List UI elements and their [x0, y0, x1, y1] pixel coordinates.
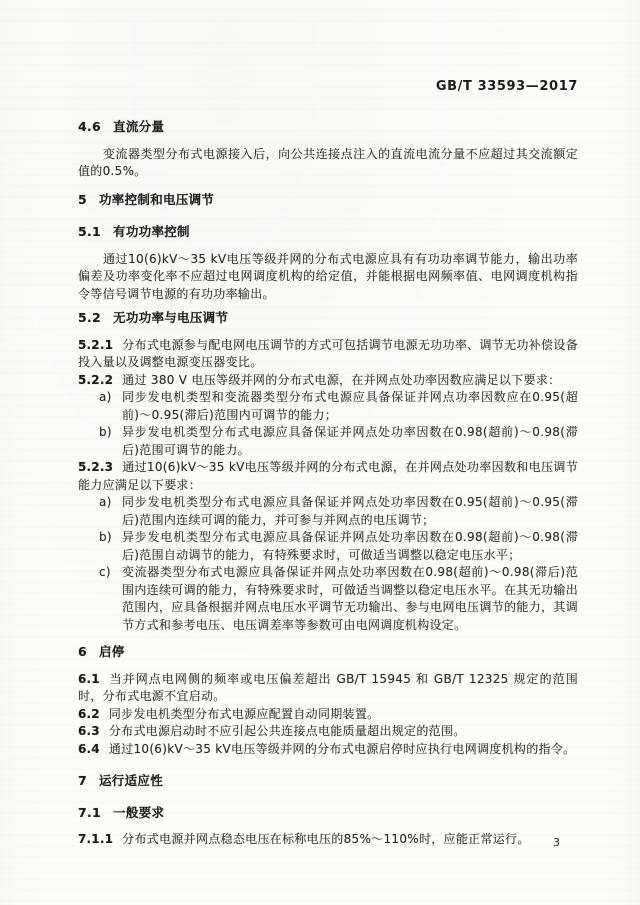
- paragraph-5-1: 通过10(6)kV～35 kV电压等级并网的分布式电源应具有有功功率调节能力，输…: [78, 251, 578, 304]
- document-page: GB/T 33593—2017 4.6直流分量 变流器类型分布式电源接入后，向公…: [0, 0, 640, 905]
- heading-number: 5: [78, 192, 87, 207]
- heading-title: 一般要求: [113, 805, 164, 820]
- list-item-5-2-2-a: a)同步发电机类型和变流器类型分布式电源应具备保证并网点功率因数应在0.95(超…: [78, 389, 578, 424]
- clause-text: 当并网点电网侧的频率或电压偏差超出 GB/T 15945 和 GB/T 1232…: [78, 672, 578, 704]
- list-item-5-2-2-b: b)异步发电机类型分布式电源应具备保证并网点处功率因数在0.98(超前)～0.9…: [78, 424, 578, 459]
- heading-title: 运行适应性: [99, 773, 163, 788]
- standard-code-header: GB/T 33593—2017: [0, 79, 578, 94]
- clause-number: 5.2.1: [78, 338, 113, 352]
- list-item-label: a): [99, 494, 112, 512]
- section-heading-4-6: 4.6直流分量: [78, 118, 578, 136]
- heading-number: 6: [78, 644, 87, 659]
- heading-title: 功率控制和电压调节: [99, 192, 214, 207]
- list-item-5-2-3-a: a)同步发电机类型分布式电源应具备保证并网点处功率因数在0.95(超前)～0.9…: [78, 494, 578, 529]
- clause-7-1-1: 7.1.1分布式电源并网点稳态电压在标称电压的85%～110%时，应能正常运行。: [78, 831, 578, 849]
- chapter-heading-5: 5功率控制和电压调节: [78, 191, 578, 209]
- clause-6-2: 6.2同步发电机类型分布式电源应配置自动同期装置。: [78, 706, 578, 724]
- list-item-label: b): [99, 529, 112, 547]
- document-content: 4.6直流分量 变流器类型分布式电源接入后，向公共连接点注入的直流电流分量不应超…: [78, 110, 578, 849]
- clause-5-2-1: 5.2.1分布式电源参与配电网电压调节的方式可包括调节电源无功功率、调节无功补偿…: [78, 337, 578, 372]
- clause-5-2-3: 5.2.3通过10(6)kV～35 kV电压等级并网的分布式电源，在并网点处功率…: [78, 459, 578, 494]
- heading-title: 有功功率控制: [113, 224, 190, 239]
- clause-text: 同步发电机类型分布式电源应配置自动同期装置。: [109, 707, 380, 721]
- section-heading-7-1: 7.1一般要求: [78, 804, 578, 822]
- clause-number: 6.1: [78, 672, 100, 686]
- clause-number: 7.1.1: [78, 832, 113, 846]
- list-item-label: b): [99, 424, 112, 442]
- list-item-5-2-3-c: c)变流器类型分布式电源应具备保证并网点处功率因数在0.98(超前)～0.98(…: [78, 564, 578, 634]
- clause-number: 5.2.2: [78, 373, 113, 387]
- clause-number: 6.3: [78, 724, 100, 738]
- chapter-heading-6: 6启停: [78, 643, 578, 661]
- section-heading-5-2: 5.2无功功率与电压调节: [78, 309, 578, 327]
- clause-text: 通过10(6)kV～35 kV电压等级并网的分布式电源，在并网点处功率因数和电压…: [78, 460, 578, 492]
- clause-number: 6.2: [78, 707, 100, 721]
- chapter-heading-7: 7运行适应性: [78, 772, 578, 790]
- heading-number: 4.6: [78, 119, 101, 134]
- clause-text: 分布式电源并网点稳态电压在标称电压的85%～110%时，应能正常运行。: [122, 832, 529, 846]
- list-item-label: c): [99, 564, 111, 582]
- heading-number: 7: [78, 773, 87, 788]
- list-item-text: 异步发电机类型分布式电源应具备保证并网点处功率因数在0.98(超前)～0.98(…: [122, 530, 578, 562]
- list-item-text: 同步发电机类型和变流器类型分布式电源应具备保证并网点功率因数应在0.95(超前)…: [122, 390, 578, 422]
- clause-6-1: 6.1当并网点电网侧的频率或电压偏差超出 GB/T 15945 和 GB/T 1…: [78, 671, 578, 706]
- page-number: 3: [553, 836, 560, 849]
- clause-6-3: 6.3分布式电源启动时不应引起公共连接点电能质量超出规定的范围。: [78, 723, 578, 741]
- heading-number: 7.1: [78, 805, 101, 820]
- heading-title: 无功功率与电压调节: [113, 310, 228, 325]
- heading-title: 直流分量: [113, 119, 164, 134]
- heading-title: 启停: [99, 644, 125, 659]
- heading-number: 5.2: [78, 310, 101, 325]
- clause-text: 分布式电源参与配电网电压调节的方式可包括调节电源无功功率、调节无功补偿设备投入量…: [78, 338, 578, 370]
- paragraph-4-6: 变流器类型分布式电源接入后，向公共连接点注入的直流电流分量不应超过其交流额定值的…: [78, 146, 578, 181]
- list-item-text: 变流器类型分布式电源应具备保证并网点处功率因数在0.98(超前)～0.98(滞后…: [122, 565, 578, 632]
- list-item-5-2-3-b: b)异步发电机类型分布式电源应具备保证并网点处功率因数在0.98(超前)～0.9…: [78, 529, 578, 564]
- section-heading-5-1: 5.1有功功率控制: [78, 223, 578, 241]
- list-item-label: a): [99, 389, 112, 407]
- list-item-text: 同步发电机类型分布式电源应具备保证并网点处功率因数在0.95(超前)～0.95(…: [122, 495, 578, 527]
- heading-number: 5.1: [78, 224, 101, 239]
- clause-text: 通过 380 V 电压等级并网的分布式电源，在并网点处功率因数应满足以下要求：: [122, 373, 560, 387]
- clause-6-4: 6.4通过10(6)kV～35 kV电压等级并网的分布式电源启停时应执行电网调度…: [78, 741, 578, 759]
- clause-5-2-2: 5.2.2通过 380 V 电压等级并网的分布式电源，在并网点处功率因数应满足以…: [78, 372, 578, 390]
- clause-text: 通过10(6)kV～35 kV电压等级并网的分布式电源启停时应执行电网调度机构的…: [109, 742, 576, 756]
- clause-number: 5.2.3: [78, 460, 113, 474]
- clause-text: 分布式电源启动时不应引起公共连接点电能质量超出规定的范围。: [109, 724, 466, 738]
- list-item-text: 异步发电机类型分布式电源应具备保证并网点处功率因数在0.98(超前)～0.98(…: [122, 425, 578, 457]
- clause-number: 6.4: [78, 742, 100, 756]
